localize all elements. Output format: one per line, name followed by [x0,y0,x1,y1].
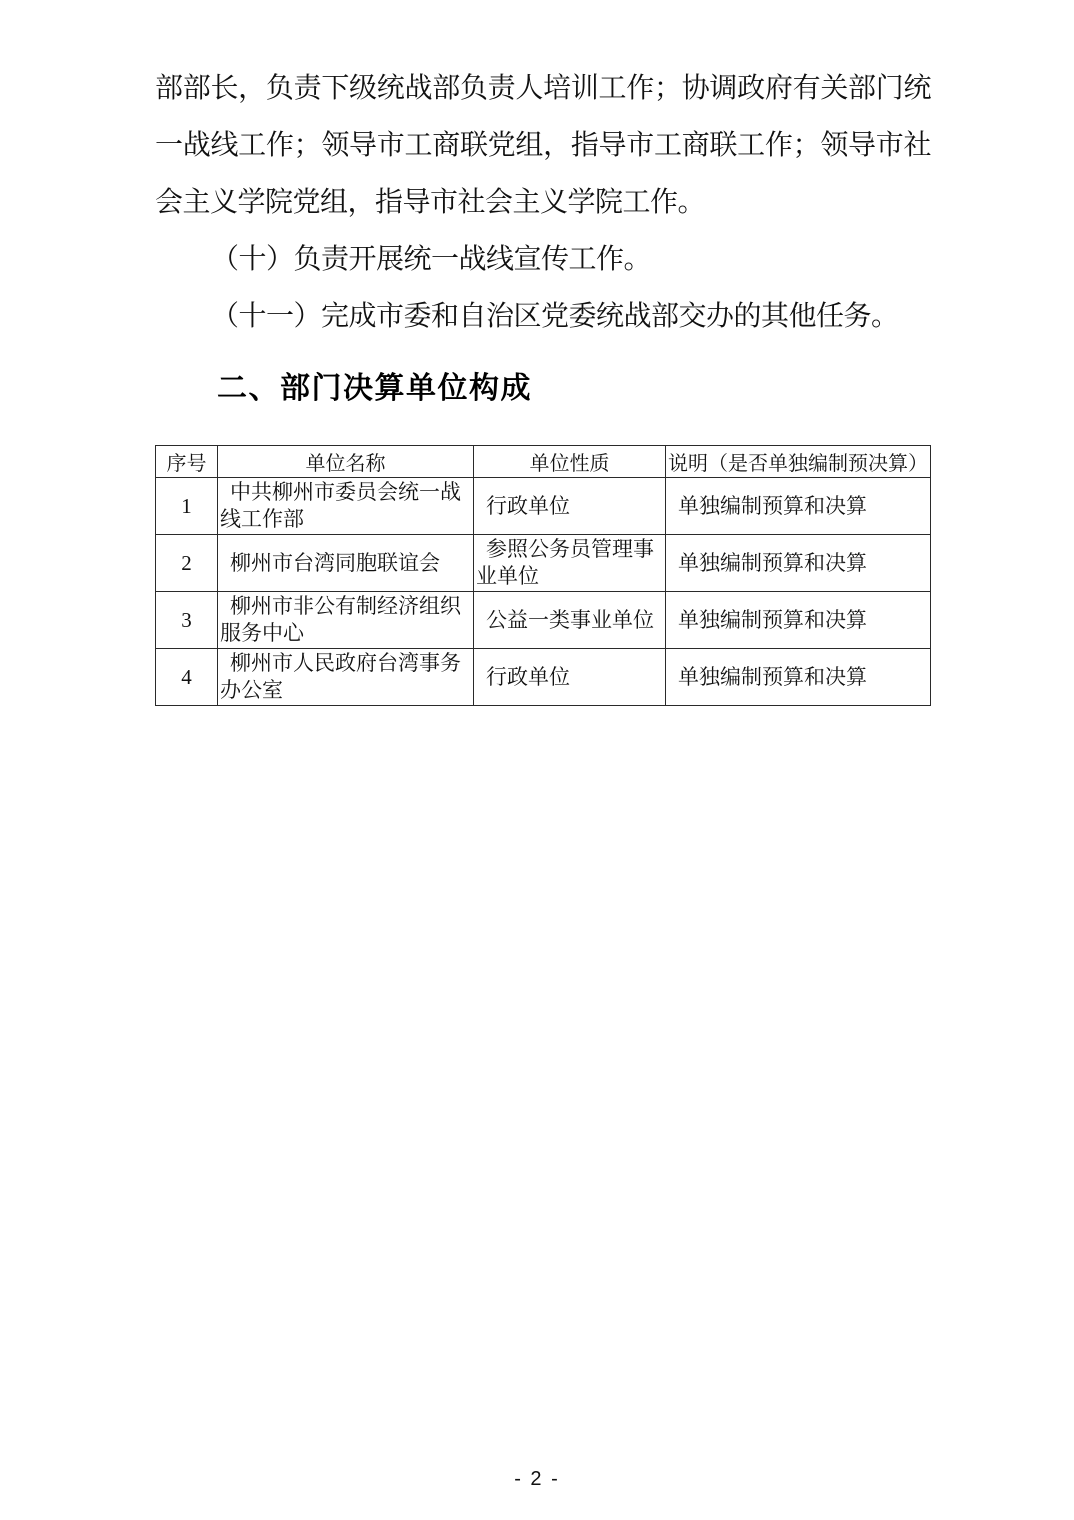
unit-composition-table: 序号 单位名称 单位性质 说明（是否单独编制预决算） 1 中共柳州市委员会统一战… [155,445,931,706]
cell-note: 单独编制预算和决算 [666,592,931,649]
table-row: 3 柳州市非公有制经济组织服务中心 公益一类事业单位 单独编制预算和决算 [156,592,931,649]
paragraph-item-ten: （十）负责开展统一战线宣传工作。 [155,231,931,288]
cell-index: 4 [156,649,218,706]
cell-unit-nature: 参照公务员管理事业单位 [474,535,666,592]
table-header-index: 序号 [156,446,218,478]
table-header-row: 序号 单位名称 单位性质 说明（是否单独编制预决算） [156,446,931,478]
table-header-unit-nature: 单位性质 [474,446,666,478]
table-row: 2 柳州市台湾同胞联谊会 参照公务员管理事业单位 单独编制预算和决算 [156,535,931,592]
cell-unit-nature: 行政单位 [474,478,666,535]
cell-index: 2 [156,535,218,592]
table-header-unit-name: 单位名称 [218,446,474,478]
cell-unit-nature: 行政单位 [474,649,666,706]
cell-unit-name: 柳州市人民政府台湾事务办公室 [218,649,474,706]
cell-unit-name: 柳州市非公有制经济组织服务中心 [218,592,474,649]
document-page: 部部长，负责下级统战部负责人培训工作；协调政府有关部门统一战线工作；领导市工商联… [0,0,1074,1520]
cell-unit-name: 柳州市台湾同胞联谊会 [218,535,474,592]
page-number: - 2 - [0,1468,1074,1491]
cell-unit-name: 中共柳州市委员会统一战线工作部 [218,478,474,535]
cell-note: 单独编制预算和决算 [666,478,931,535]
cell-note: 单独编制预算和决算 [666,649,931,706]
cell-unit-nature: 公益一类事业单位 [474,592,666,649]
table-header-note: 说明（是否单独编制预决算） [666,446,931,478]
table-row: 4 柳州市人民政府台湾事务办公室 行政单位 单独编制预算和决算 [156,649,931,706]
paragraph-item-eleven: （十一）完成市委和自治区党委统战部交办的其他任务。 [155,288,931,345]
cell-index: 1 [156,478,218,535]
cell-index: 3 [156,592,218,649]
page-content: 部部长，负责下级统战部负责人培训工作；协调政府有关部门统一战线工作；领导市工商联… [155,60,931,706]
section-heading: 二、部门决算单位构成 [217,367,931,411]
table-row: 1 中共柳州市委员会统一战线工作部 行政单位 单独编制预算和决算 [156,478,931,535]
cell-note: 单独编制预算和决算 [666,535,931,592]
paragraph-continuation: 部部长，负责下级统战部负责人培训工作；协调政府有关部门统一战线工作；领导市工商联… [155,60,931,231]
